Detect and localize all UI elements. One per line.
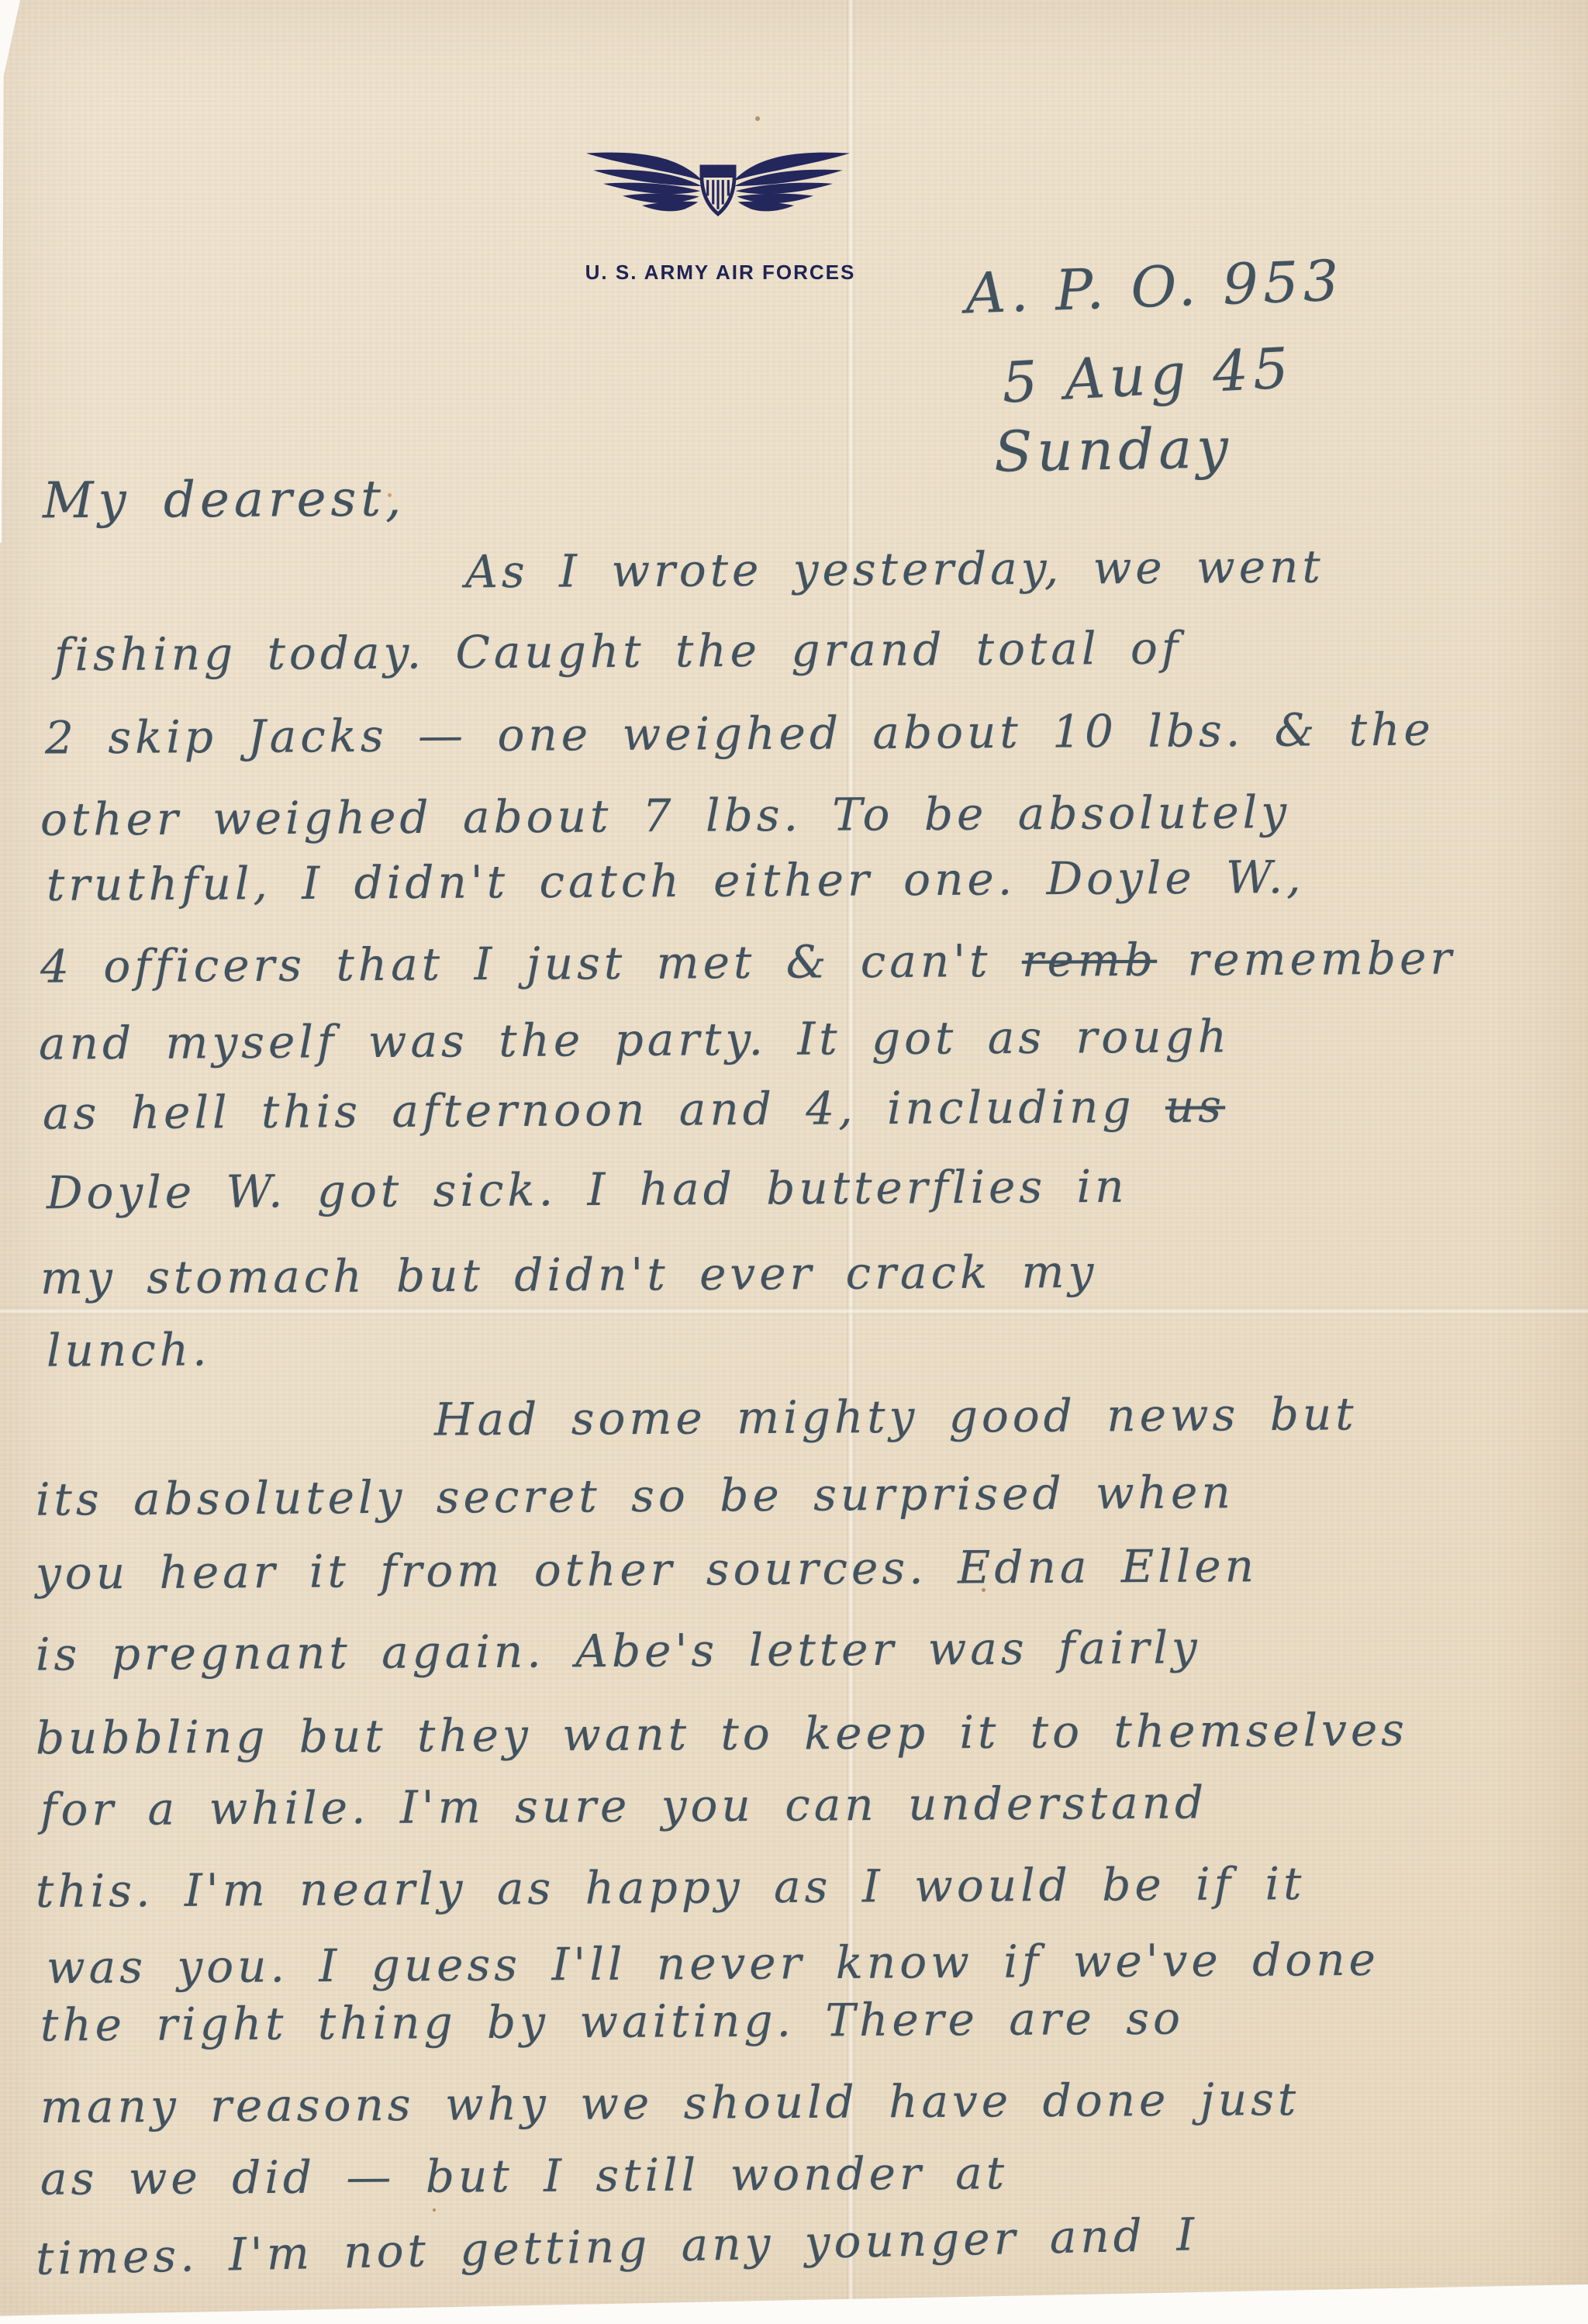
letterhead-title: U. S. ARMY AIR FORCES	[580, 261, 861, 285]
letter-line: 4 officers that I just met & can't remb …	[40, 931, 1455, 993]
letter-line: 2 skip Jacks — one weighed about 10 lbs.…	[45, 703, 1434, 765]
letter-line: as we did — but I still wonder at	[40, 2146, 1008, 2205]
crossed-out-word: us	[1165, 1079, 1226, 1132]
scan-edge-bottom	[0, 2279, 1588, 2324]
salutation: My dearest,	[43, 471, 406, 530]
letter-line: its absolutely secret so be surprised wh…	[36, 1466, 1234, 1525]
dateline-day: Sunday	[993, 415, 1233, 484]
letter-line: lunch.	[47, 1323, 211, 1376]
paper-speck	[755, 116, 760, 121]
letter-line: truthful, I didn't catch either one. Doy…	[47, 851, 1305, 911]
letter-line: my stomach but didn't ever crack my	[40, 1245, 1098, 1304]
shield-icon	[702, 167, 734, 214]
letter-line: is pregnant again. Abe's letter was fair…	[36, 1621, 1201, 1680]
right-wing	[734, 153, 850, 212]
line-text: 4 officers that I just met & can't	[40, 934, 1022, 993]
letter-line: Had some mighty good news but	[434, 1387, 1358, 1445]
letter-line: fishing today. Caught the grand total of	[54, 622, 1182, 682]
line-text: remember	[1157, 931, 1455, 986]
letter-line: Doyle W. got sick. I had butterflies in	[47, 1160, 1128, 1220]
letter-line: the right thing by waiting. There are so	[40, 1991, 1184, 2051]
letter-line: times. I'm not getting any younger and I	[35, 2208, 1198, 2284]
crossed-out-word: remb	[1022, 934, 1158, 987]
letter-line: was you. I guess I'll never know if we'v…	[47, 1933, 1379, 1994]
paper-speck	[388, 493, 392, 497]
letter-line: this. I'm nearly as happy as I would be …	[36, 1857, 1306, 1918]
dateline-date: 5 Aug 45	[1000, 335, 1295, 416]
letter-line: other weighed about 7 lbs. To be absolut…	[40, 786, 1290, 846]
dateline-apo: A. P. O. 953	[965, 248, 1345, 326]
scan-edge-left	[0, 0, 20, 543]
letter-line: many reasons why we should have done jus…	[40, 2073, 1300, 2133]
letter-line: for a while. I'm sure you can understand	[40, 1776, 1207, 1835]
letter-line: As I wrote yesterday, we went	[465, 540, 1324, 599]
letter-line: as hell this afternoon and 4, including …	[43, 1079, 1225, 1139]
horizontal-fold-crease	[0, 1307, 1588, 1314]
pilot-wings-emblem-svg	[578, 133, 858, 250]
paper-speck	[433, 2208, 436, 2212]
left-wing	[586, 153, 703, 212]
letter-line: and myself was the party. It got as roug…	[39, 1010, 1231, 1069]
paper-speck	[982, 1588, 986, 1592]
letter-line: you hear it from other sources. Edna Ell…	[36, 1539, 1258, 1600]
letter-paper: U. S. ARMY AIR FORCES A. P. O. 953 5 Aug…	[0, 0, 1588, 2324]
line-text: as hell this afternoon and 4, including	[43, 1080, 1165, 1140]
army-air-forces-wings-icon	[578, 133, 858, 250]
letter-line: bubbling but they want to keep it to the…	[36, 1704, 1408, 1765]
